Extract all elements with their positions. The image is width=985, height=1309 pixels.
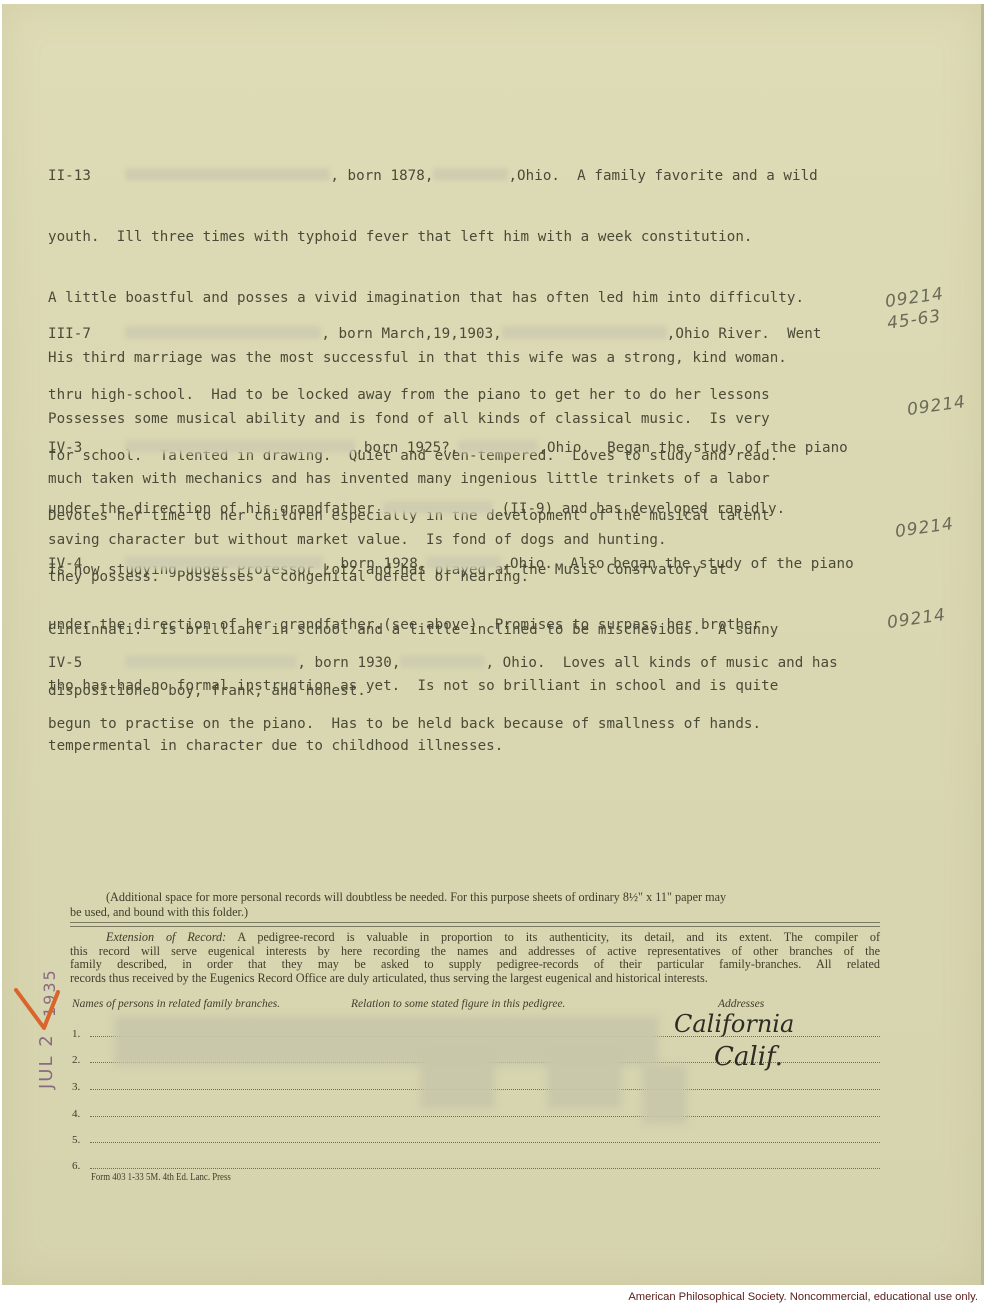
record-id: II-13 (48, 168, 91, 184)
redacted-name (125, 655, 297, 668)
redacted-place (426, 556, 501, 569)
record-IV-5: IV-5 , born 1930,, Ohio. Loves all kinds… (48, 613, 908, 775)
record-id: III-7 (48, 326, 91, 342)
redacted-handwritten-block (547, 1054, 622, 1109)
redacted-place (433, 168, 508, 181)
record-id: IV-4 (48, 556, 82, 572)
redacted-place (400, 655, 485, 668)
column-heading-addresses: Addresses (718, 998, 764, 1010)
extension-of-record-paragraph: Extension of Record: A pedigree-record i… (70, 931, 880, 985)
handwritten-address-1: California (674, 1010, 794, 1038)
redacted-name (125, 556, 323, 569)
column-heading-relation: Relation to some stated figure in this p… (351, 998, 565, 1010)
column-heading-names: Names of persons in related family branc… (72, 998, 280, 1010)
record-id: IV-5 (48, 655, 82, 671)
copyright-credit: American Philosophical Society. Noncomme… (628, 1291, 978, 1303)
redacted-grandfather-name (383, 501, 493, 514)
redacted-name (125, 168, 330, 181)
redacted-name (125, 440, 355, 453)
additional-space-note: (Additional space for more personal reco… (106, 890, 726, 904)
redacted-handwritten-block (642, 1064, 687, 1124)
additional-space-note-continued: be used, and bound with this folder.) (70, 905, 248, 919)
entry-row-5: 5. (72, 1130, 880, 1146)
handwritten-address-2: Calif. (714, 1042, 783, 1072)
redacted-name (125, 326, 321, 339)
entry-row-6: 6. (72, 1156, 880, 1172)
received-date-stamp: 1935 JUL 2 (14, 964, 74, 1104)
redacted-place (458, 440, 538, 453)
entry-line (90, 1168, 880, 1169)
entry-line (90, 1116, 880, 1117)
redacted-place (502, 326, 667, 339)
form-number: Form 403 1-33 5M. 4th Ed. Lanc. Press (91, 1172, 231, 1183)
check-mark-icon (14, 984, 74, 1044)
record-id: IV-3 (48, 440, 82, 456)
entry-line (90, 1142, 880, 1143)
margin-note-catalog-number: 09214 (906, 392, 967, 420)
double-rule-divider (70, 922, 880, 927)
redacted-handwritten-block (420, 1054, 495, 1109)
document-page: II-13 , born 1878,,Ohio. A family favori… (2, 4, 984, 1285)
extension-label: Extension of Record: (106, 930, 226, 944)
